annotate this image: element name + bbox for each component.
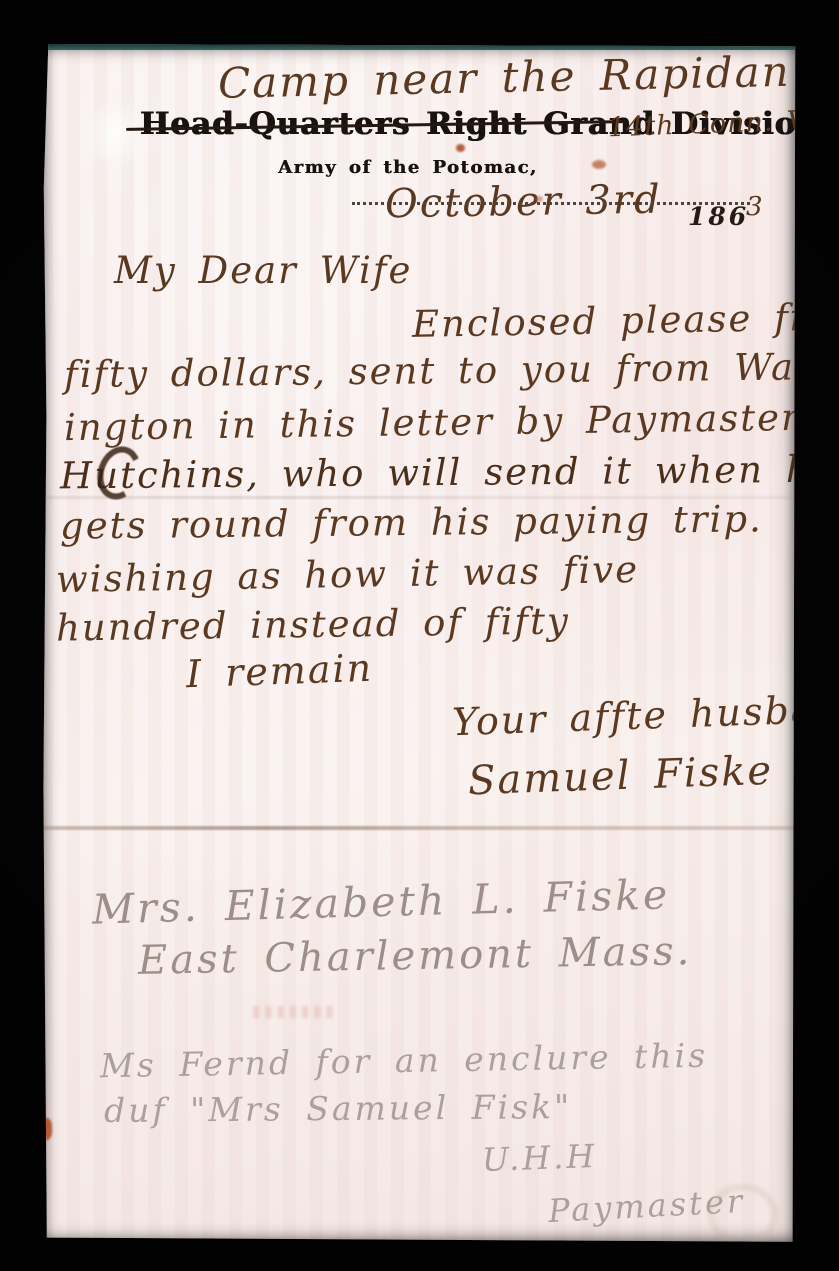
closing-line: I remain (185, 649, 373, 694)
signature: Samuel Fiske (467, 751, 773, 802)
paper-emboss-mark (85, 94, 145, 174)
circular-stain (708, 1184, 778, 1246)
body-line: fifty dollars, sent to you from Wash- (64, 348, 839, 393)
body-line: wishing as how it was five (56, 551, 640, 598)
body-line: gets round from his paying trip. (60, 500, 763, 544)
letter-paper: Camp near the Rapidan Va Head-Quarters R… (40, 44, 796, 1243)
photo-background: Camp near the Rapidan Va Head-Quarters R… (0, 0, 839, 1271)
rust-stain-left-edge (40, 1118, 52, 1140)
rust-stain (536, 196, 543, 202)
body-line: hundred instead of fifty (56, 602, 570, 646)
printed-year-prefix: 186 (688, 202, 749, 231)
unit-annotation: 14th Conn. Vols, (608, 106, 839, 142)
handwritten-year-digit: 3 (746, 194, 765, 220)
body-line: ington in this letter by Paymaster (64, 399, 801, 446)
pencil-note-line: Ms Fernd for an enclure this (100, 1039, 709, 1083)
paper-fold-crease (40, 826, 796, 830)
rust-stain (592, 160, 606, 169)
recipient-name: Mrs. Elizabeth L. Fiske (92, 874, 671, 930)
archivist-initials: U.H.H (481, 1140, 597, 1176)
valediction: Your affte husband (451, 689, 839, 742)
pencil-note-line: duf "Mrs Samuel Fisk" (104, 1090, 572, 1127)
letterhead-subtitle: Army of the Potomac, (278, 157, 538, 178)
place-line: Camp near the Rapidan Va (218, 49, 839, 105)
rust-stain (456, 144, 465, 152)
ink-bleedthrough-smudge: ▮▮▮▮▮▮▮ (252, 1002, 338, 1020)
salutation: My Dear Wife (114, 252, 412, 289)
recipient-address: East Charlemont Mass. (138, 931, 693, 981)
body-line: Hutchins, who will send it when he (60, 451, 836, 495)
paper-crease (40, 496, 796, 499)
body-line: Enclosed please find (412, 298, 839, 343)
